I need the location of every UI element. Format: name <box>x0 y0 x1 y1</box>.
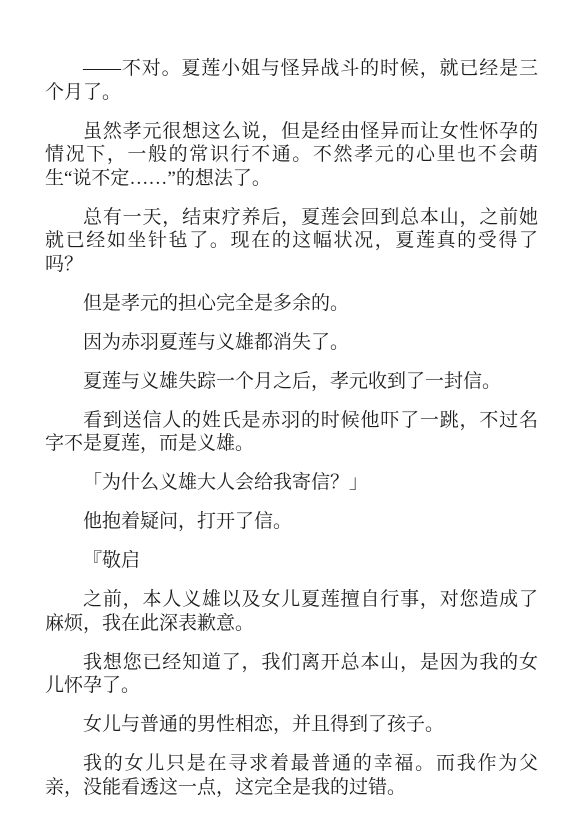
paragraph-letter: 女儿与普通的男性相恋，并且得到了孩子。 <box>45 713 538 737</box>
paragraph: 虽然孝元很想这么说，但是经由怪异而让女性怀孕的情况下，一般的常识行不通。不然孝元… <box>45 120 538 191</box>
paragraph: ——不对。夏莲小姐与怪异战斗的时候，就已经是三个月了。 <box>45 57 538 104</box>
paragraph: 他抱着疑问，打开了信。 <box>45 510 538 534</box>
document-page: ——不对。夏莲小姐与怪异战斗的时候，就已经是三个月了。 虽然孝元很想这么说，但是… <box>0 0 583 828</box>
paragraph: 但是孝元的担心完全是多余的。 <box>45 292 538 316</box>
paragraph-letter-opening: 『敬启 <box>45 549 538 573</box>
paragraph-dialogue: 「为什么义雄大人会给我寄信？」 <box>45 471 538 495</box>
paragraph: 看到送信人的姓氏是赤羽的时候他吓了一跳，不过名字不是夏莲，而是义雄。 <box>45 409 538 456</box>
paragraph: 夏莲与义雄失踪一个月之后，孝元收到了一封信。 <box>45 370 538 394</box>
paragraph-letter: 之前，本人义雄以及女儿夏莲擅自行事，对您造成了麻烦，我在此深表歉意。 <box>45 588 538 635</box>
paragraph-letter: 我想您已经知道了，我们离开总本山，是因为我的女儿怀孕了。 <box>45 651 538 698</box>
paragraph: 总有一天，结束疗养后，夏莲会回到总本山，之前她就已经如坐针毡了。现在的这幅状况，… <box>45 206 538 277</box>
paragraph: 因为赤羽夏莲与义雄都消失了。 <box>45 331 538 355</box>
paragraph-letter: 我的女儿只是在寻求着最普通的幸福。而我作为父亲，没能看透这一点，这完全是我的过错… <box>45 752 538 799</box>
